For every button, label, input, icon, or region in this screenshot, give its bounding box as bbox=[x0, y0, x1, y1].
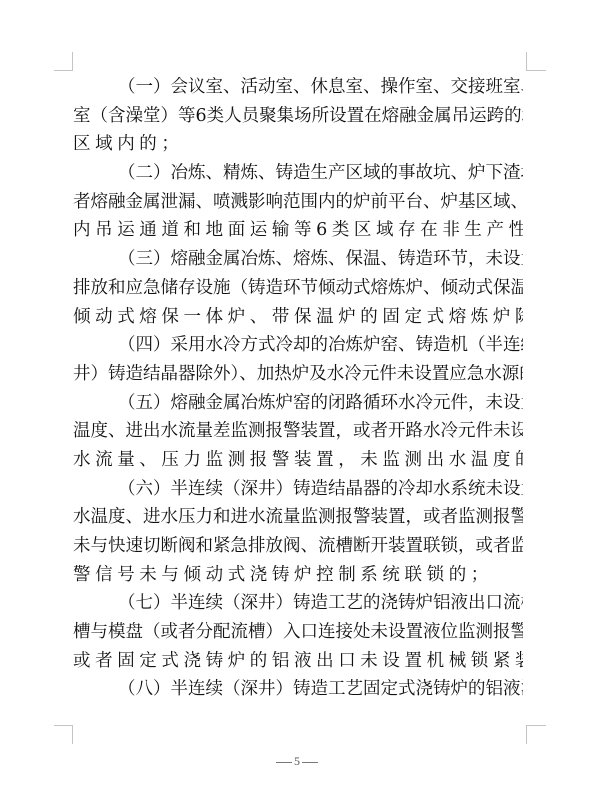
page-footer: 5 bbox=[0, 754, 594, 769]
page-number: 5 bbox=[294, 754, 300, 768]
paragraph-line: 室（含澡堂）等6类人员聚集场所设置在熔融金属吊运跨的地坪 bbox=[73, 102, 523, 131]
paragraph-line: 未与快速切断阀和紧急排放阀、流槽断开装置联锁，或者监测报 bbox=[73, 532, 523, 561]
paragraph-line: 或者固定式浇铸炉的铝液出口未设置机械锁紧装置的； bbox=[73, 647, 523, 676]
paragraph-line: （四）采用水冷方式冷却的冶炼炉窑、铸造机（半连续（深 bbox=[73, 331, 523, 360]
paragraph-line: （三）熔融金属冶炼、熔炼、保温、铸造环节，未设置紧急 bbox=[73, 245, 523, 274]
paragraph-line: （二）冶炼、精炼、铸造生产区域的事故坑、炉下渣坑，或 bbox=[73, 159, 523, 188]
crop-mark-top-right bbox=[526, 52, 546, 71]
paragraph-line: 倾动式熔保一体炉、带保温炉的固定式熔炼炉除外）的； bbox=[73, 303, 523, 332]
crop-mark-bottom-left bbox=[54, 725, 73, 744]
dash-right bbox=[302, 762, 318, 763]
crop-mark-top-left bbox=[54, 52, 73, 71]
paragraph-line: （八）半连续（深井）铸造工艺固定式浇铸炉的铝液流槽未 bbox=[73, 675, 523, 704]
paragraph-line: （五）熔融金属冶炼炉窑的闭路循环水冷元件，未设置出水 bbox=[73, 389, 523, 418]
body-text: （一）会议室、活动室、休息室、操作室、交接班室、更衣 室（含澡堂）等6类人员聚集… bbox=[73, 73, 523, 704]
paragraph-line: 区域内的； bbox=[73, 130, 523, 159]
dash-left bbox=[276, 762, 292, 763]
paragraph-line: 水流量、压力监测报警装置，未监测出水温度的； bbox=[73, 446, 523, 475]
crop-mark-bottom-right bbox=[526, 725, 546, 744]
paragraph-line: （一）会议室、活动室、休息室、操作室、交接班室、更衣 bbox=[73, 73, 523, 102]
paragraph-line: （七）半连续（深井）铸造工艺的浇铸炉铝液出口流槽、流 bbox=[73, 589, 523, 618]
paragraph-line: 者熔融金属泄漏、喷溅影响范围内的炉前平台、炉基区域、厂房 bbox=[73, 188, 523, 217]
paragraph-line: 井）铸造结晶器除外）、加热炉及水冷元件未设置应急水源的； bbox=[73, 360, 523, 389]
paragraph-line: 温度、进出水流量差监测报警装置，或者开路水冷元件未设置进 bbox=[73, 417, 523, 446]
paragraph-line: 警信号未与倾动式浇铸炉控制系统联锁的； bbox=[73, 561, 523, 590]
paragraph-line: 槽与模盘（或者分配流槽）入口连接处未设置液位监测报警装置， bbox=[73, 618, 523, 647]
paragraph-line: 内吊运通道和地面运输等6类区域存在非生产性积水的； bbox=[73, 216, 523, 245]
paragraph-line: （六）半连续（深井）铸造结晶器的冷却水系统未设置进出 bbox=[73, 475, 523, 504]
paragraph-line: 水温度、进水压力和进水流量监测报警装置，或者监测报警信号 bbox=[73, 503, 523, 532]
paragraph-line: 排放和应急储存设施（铸造环节倾动式熔炼炉、倾动式保温炉、 bbox=[73, 274, 523, 303]
document-page: （一）会议室、活动室、休息室、操作室、交接班室、更衣 室（含澡堂）等6类人员聚集… bbox=[0, 0, 594, 802]
